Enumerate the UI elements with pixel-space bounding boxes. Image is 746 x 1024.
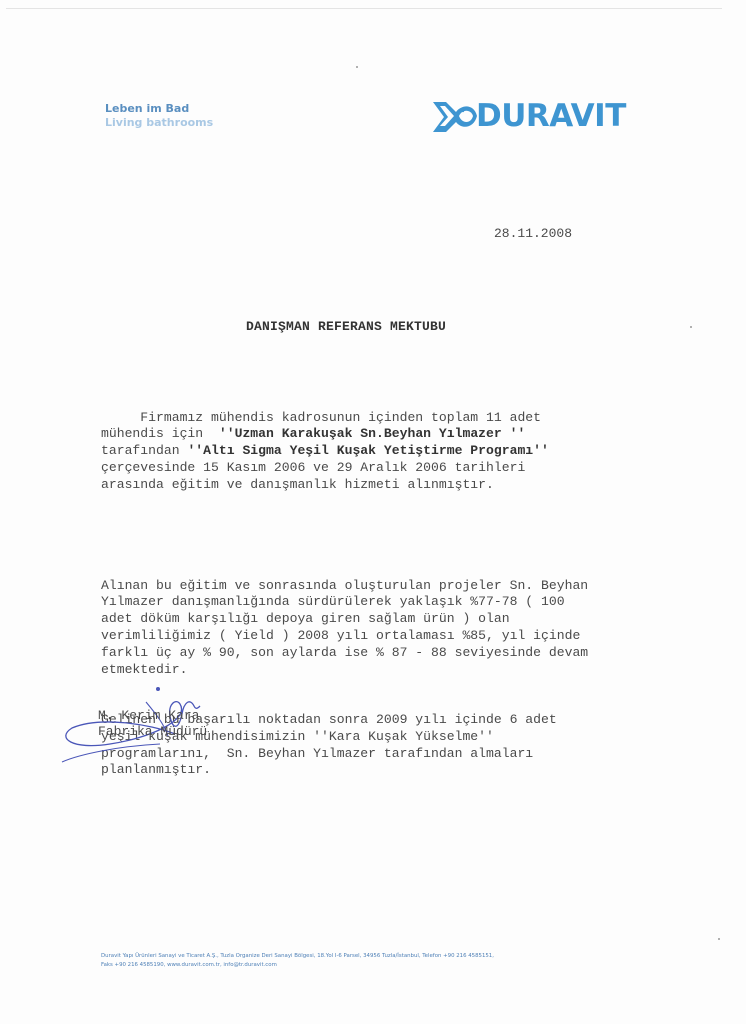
tagline-english: Living bathrooms bbox=[105, 116, 213, 130]
program-name: ''Altı Sigma Yeşil Kuşak Yetiştirme Prog… bbox=[187, 443, 548, 458]
footer-contact: Faks +90 216 4585190, www.duravit.com.tr… bbox=[101, 961, 494, 970]
letter-date: 28.11.2008 bbox=[494, 226, 572, 241]
letterhead-tagline: Leben im Bad Living bathrooms bbox=[105, 102, 213, 130]
signatory-name: M. Kerim Kara bbox=[98, 708, 199, 723]
signature-block: M. Kerim Kara Fabrika Müdürü bbox=[98, 708, 207, 740]
scan-speck bbox=[718, 938, 720, 940]
scan-speck bbox=[690, 326, 692, 328]
body-line: etmektedir. bbox=[101, 662, 661, 679]
tagline-german: Leben im Bad bbox=[105, 102, 213, 116]
body-line: arasında eğitim ve danışmanlık hizmeti a… bbox=[101, 477, 494, 492]
body-line: verimliliğimiz ( Yield ) 2008 yılı ortal… bbox=[101, 628, 661, 645]
letter-title: DANIŞMAN REFERANS MEKTUBU bbox=[246, 319, 446, 334]
body-line: adet döküm karşılığı depoya giren sağlam… bbox=[101, 611, 661, 628]
brand-wordmark: DURAVIT bbox=[476, 99, 626, 133]
duravit-fish-icon bbox=[432, 98, 478, 134]
scan-edge-line bbox=[6, 8, 722, 9]
signatory-position: Fabrika Müdürü bbox=[98, 724, 207, 739]
body-line: çerçevesinde 15 Kasım 2006 ve 29 Aralık … bbox=[101, 460, 525, 475]
scan-speck bbox=[356, 66, 358, 68]
consultant-name: ''Uzman Karakuşak Sn.Beyhan Yılmazer '' bbox=[219, 426, 525, 441]
body-line: farklı üç ay % 90, son aylarda ise % 87 … bbox=[101, 645, 661, 662]
body-line: Yılmazer danışmanlığında sürdürülerek ya… bbox=[101, 594, 661, 611]
body-line: planlanmıştır. bbox=[101, 762, 661, 779]
body-line: Alınan bu eğitim ve sonrasında oluşturul… bbox=[101, 578, 661, 595]
body-line: tarafından bbox=[101, 443, 187, 458]
paragraph-1: Firmamız mühendis kadrosunun içinden top… bbox=[101, 410, 661, 494]
letter-footer: Duravit Yapı Ürünleri Sanayi ve Ticaret … bbox=[101, 952, 494, 970]
paragraph-2: Alınan bu eğitim ve sonrasında oluşturul… bbox=[101, 578, 661, 679]
footer-address: Duravit Yapı Ürünleri Sanayi ve Ticaret … bbox=[101, 952, 494, 961]
body-line: mühendis için bbox=[101, 426, 219, 441]
body-line: Firmamız mühendis kadrosunun içinden top… bbox=[101, 410, 541, 425]
duravit-logo: DURAVIT bbox=[432, 98, 626, 134]
